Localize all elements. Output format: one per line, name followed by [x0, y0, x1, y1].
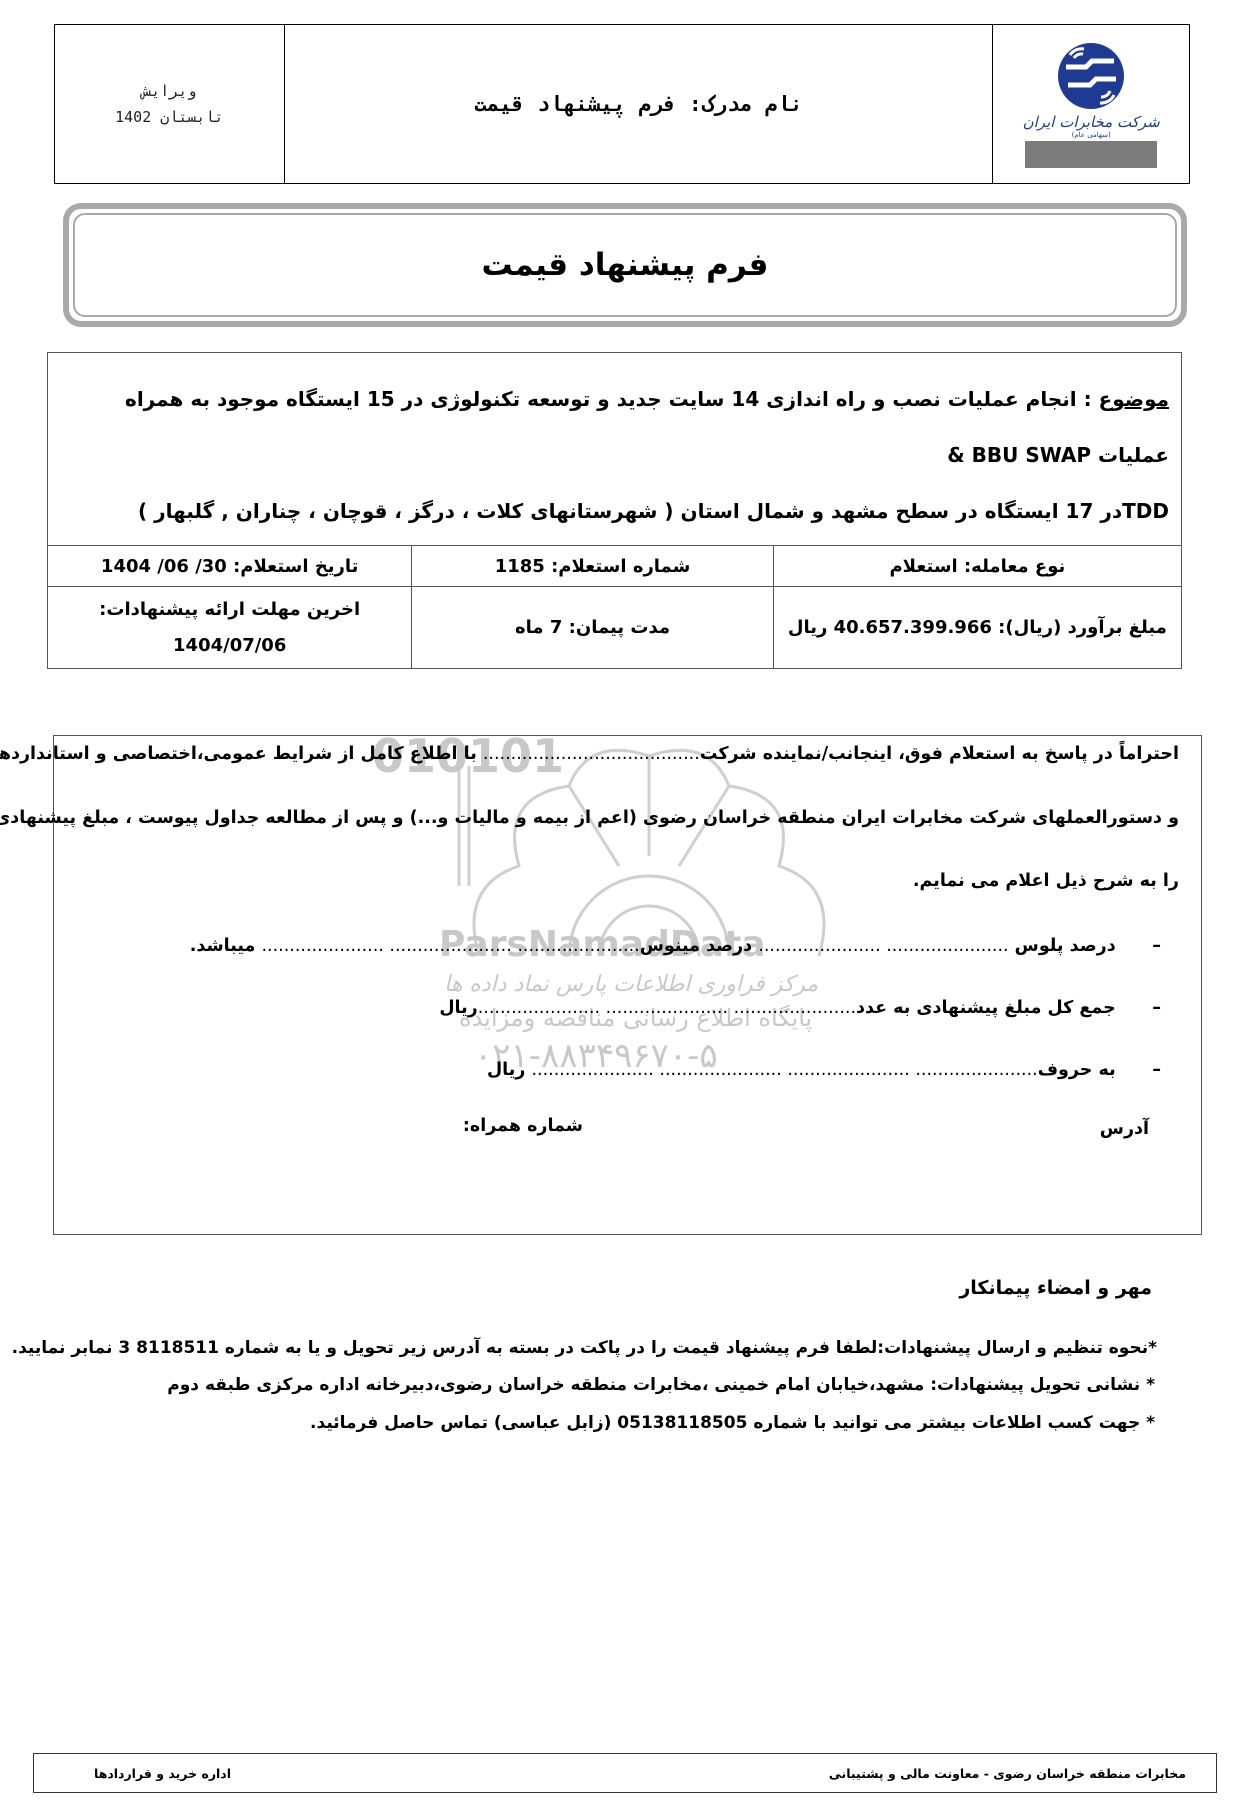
subject-line-2: TDDدر 17 ایستگاه در سطح مشهد و شمال استا… — [60, 483, 1169, 539]
plus-percent-label: درصد پلوس — [1015, 936, 1116, 956]
percent-line: – درصد پلوس ...................... .....… — [190, 936, 1161, 956]
document-name: نام مدرک: فرم پیشنهاد قیمت — [474, 92, 803, 116]
deadline-cell: اخرین مهلت ارائه پیشنهادات: 1404/07/06 — [48, 587, 411, 668]
plus-percent-blank[interactable]: ...................... .................… — [758, 936, 1008, 956]
mobile-label: شماره همراه: — [463, 1116, 583, 1136]
company-name-blank[interactable]: ....................................... — [483, 744, 700, 764]
total-amount-blank[interactable]: ...................... .................… — [478, 998, 856, 1018]
deadline-label: اخرین مهلت ارائه پیشنهادات: — [99, 592, 360, 628]
footer-department: مخابرات منطقه خراسان رضوی - معاونت مالی … — [829, 1766, 1186, 1781]
company-logo: شرکت مخابرات ایران (سهامی عام) — [1023, 41, 1160, 168]
inquiry-date: تاریخ استعلام: 30/ 06/ 1404 — [48, 546, 411, 586]
rial-unit: ریال — [487, 1060, 525, 1080]
deadline-value: 1404/07/06 — [173, 628, 286, 664]
footer-office: اداره خرید و قراردادها — [94, 1766, 231, 1781]
company-name: شرکت مخابرات ایران — [1023, 113, 1160, 131]
subject-line-1: : انجام عملیات نصب و راه اندازی 14 سایت … — [125, 387, 1169, 467]
amount-in-words-label: به حروف — [1038, 1060, 1116, 1080]
watermark-line-1: مرکز فراوری اطلاعات پارس نماد داده ها — [444, 972, 818, 997]
amount-in-words-blank[interactable]: ...................... .................… — [531, 1060, 1037, 1080]
estimate-amount: مبلغ برآورد (ریال): 40.657.399.966 ریال — [773, 587, 1181, 668]
edition-cell: ویرایش تابستان 1402 — [55, 25, 284, 183]
note-address: * نشانی تحویل پیشنهادات: مشهد،خیابان اما… — [167, 1375, 1155, 1395]
document-name-cell: نام مدرک: فرم پیشنهاد قیمت — [284, 25, 993, 183]
proposal-body: 010101 ParsNamadData مرکز فراوری اطلاعات… — [53, 735, 1202, 1235]
amount-in-words-line: – به حروف...................... ........… — [487, 1060, 1161, 1080]
page-footer: مخابرات منطقه خراسان رضوی - معاونت مالی … — [33, 1753, 1217, 1793]
telecom-logo-icon — [1056, 41, 1126, 111]
bullet-dash: – — [1152, 936, 1161, 956]
rial-unit: ریال — [439, 998, 477, 1018]
note-submission: *نحوه تنظیم و ارسال پیشنهادات:لطفا فرم پ… — [12, 1338, 1157, 1358]
subject: موضوع : انجام عملیات نصب و راه اندازی 14… — [48, 353, 1181, 545]
line-end: میباشد. — [190, 936, 256, 956]
address-label: آدرس — [1100, 1119, 1149, 1139]
paragraph-1: احتراماً در پاسخ به استعلام فوق، اینجانب… — [0, 744, 1179, 764]
logo-cell: شرکت مخابرات ایران (سهامی عام) — [992, 25, 1189, 183]
note-contact: * جهت کسب اطلاعات بیشتر می توانید با شما… — [310, 1413, 1155, 1433]
company-sub: (سهامی عام) — [1072, 131, 1111, 139]
minus-percent-blank[interactable]: ...................... .................… — [261, 936, 639, 956]
title-banner: فرم پیشنهاد قیمت — [63, 203, 1187, 327]
contractor-signature-label: مهر و امضاء پیمانکار — [959, 1277, 1152, 1299]
form-title: فرم پیشنهاد قیمت — [482, 247, 769, 283]
redacted-bar — [1025, 141, 1157, 168]
paragraph-3: را به شرح ذیل اعلام می نمایم. — [913, 871, 1179, 891]
total-amount-line: – جمع کل مبلغ پیشنهادی به عدد...........… — [439, 998, 1161, 1018]
edition-label: ویرایش — [142, 78, 196, 104]
contract-duration: مدت پیمان: 7 ماه — [411, 587, 772, 668]
minus-percent-label: درصد مینوس — [640, 936, 752, 956]
inquiry-number: شماره استعلام: 1185 — [411, 546, 772, 586]
inquiry-info-table: موضوع : انجام عملیات نصب و راه اندازی 14… — [47, 352, 1182, 669]
deal-type: نوع معامله: استعلام — [773, 546, 1181, 586]
info-row-1: نوع معامله: استعلام شماره استعلام: 1185 … — [48, 545, 1181, 586]
document-header: شرکت مخابرات ایران (سهامی عام) نام مدرک:… — [54, 24, 1190, 184]
paragraph-2: و دستورالعملهای شرکت مخابرات ایران منطقه… — [0, 808, 1179, 828]
subject-label: موضوع — [1099, 387, 1169, 411]
info-row-2: مبلغ برآورد (ریال): 40.657.399.966 ریال … — [48, 586, 1181, 668]
edition-value: تابستان 1402 — [115, 104, 223, 130]
watermark-flower-icon — [419, 736, 879, 961]
total-amount-label: جمع کل مبلغ پیشنهادی به عدد — [856, 998, 1116, 1018]
